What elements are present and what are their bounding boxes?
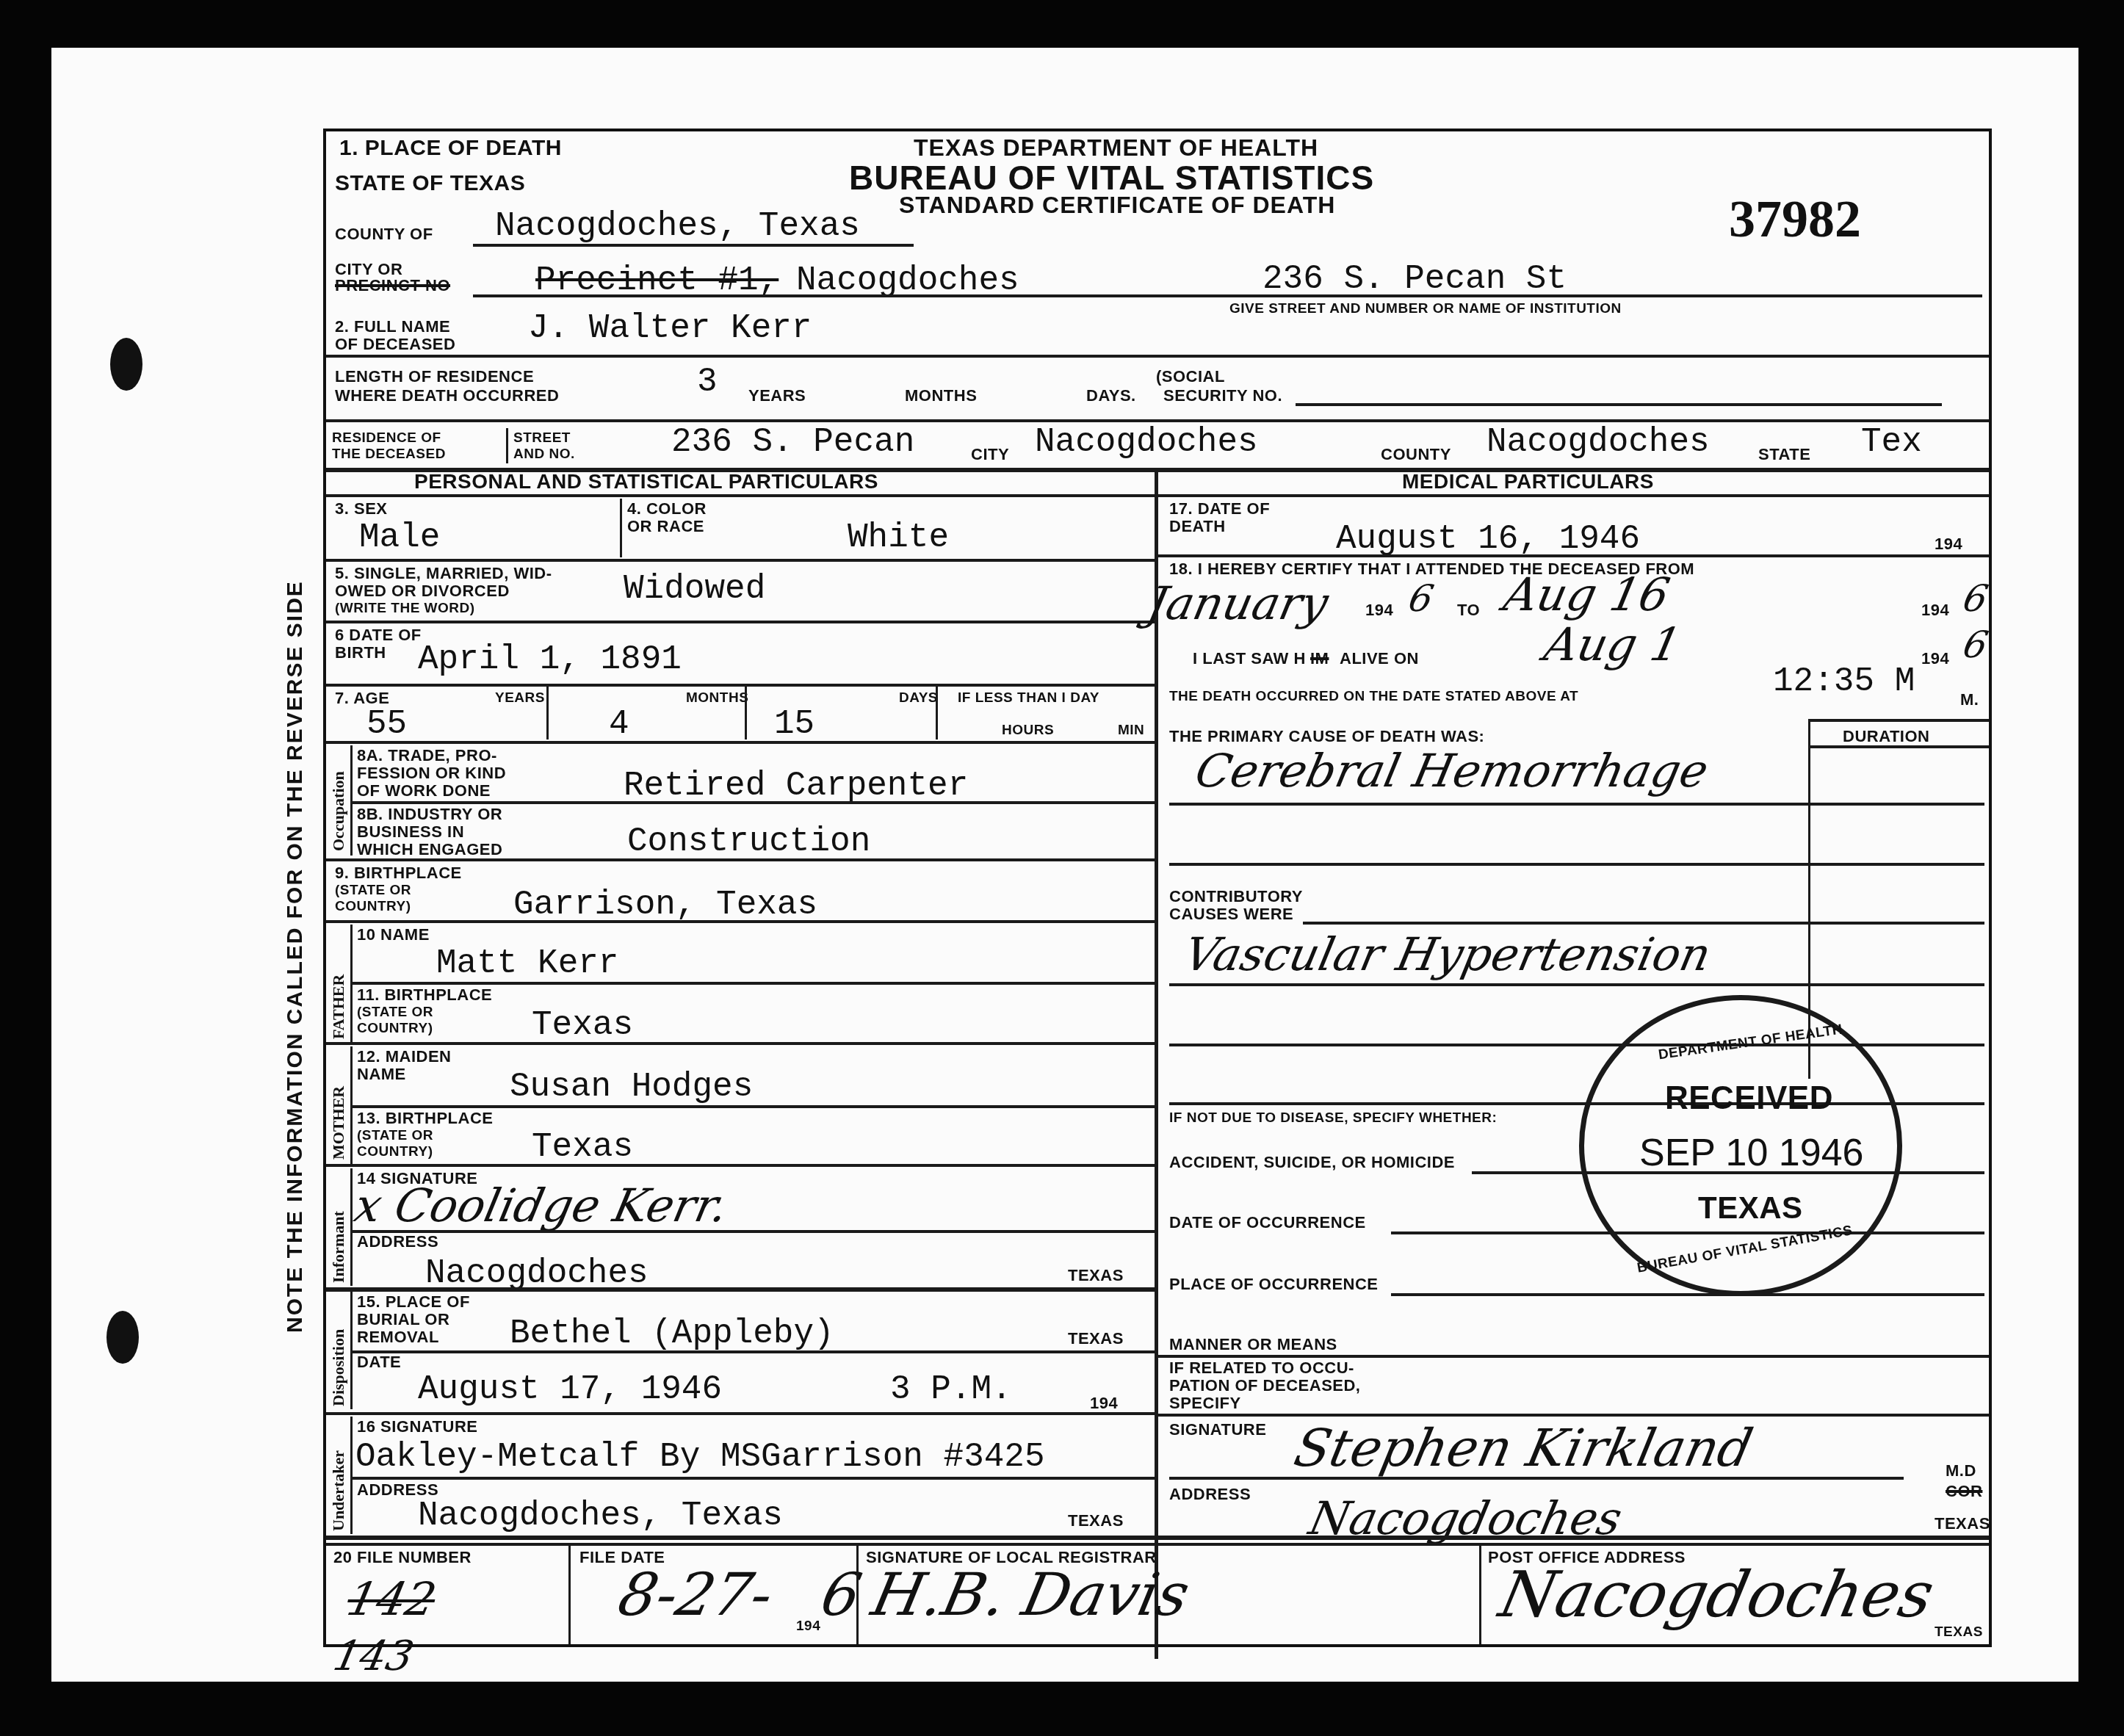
- post-office: Nacogdoches: [1496, 1572, 1937, 1618]
- file-number-corrected: 143: [329, 1634, 417, 1679]
- age-days-label: DAYS: [899, 691, 938, 706]
- dob-label-2: BIRTH: [335, 644, 386, 661]
- contributory-cause: Vascular Hypertension: [1180, 932, 1714, 977]
- physician-texas: TEXAS: [1935, 1515, 1990, 1532]
- from-year-prefix: 194: [1365, 601, 1393, 618]
- burial-texas: TEXAS: [1068, 1330, 1124, 1347]
- burial-time: 3 P.M.: [890, 1372, 1012, 1406]
- undertaker-signature-label: 16 SIGNATURE: [357, 1418, 478, 1435]
- registrar-signature: H.B. Davis: [868, 1572, 1193, 1618]
- rule: [326, 741, 1155, 744]
- divider: [620, 499, 622, 557]
- alive-on-label: ALIVE ON: [1340, 650, 1419, 667]
- father-bp-label-2: (STATE OR: [357, 1005, 433, 1020]
- days-label: DAYS.: [1086, 387, 1136, 404]
- contributory-label-2: CAUSES WERE: [1169, 905, 1293, 922]
- dod-year-prefix: 194: [1935, 535, 1962, 552]
- county-value: Nacogdoches, Texas: [495, 209, 860, 243]
- street-no-label-2: AND NO.: [513, 447, 575, 462]
- duration-label: DURATION: [1843, 728, 1929, 745]
- occupation-group-label: Occupation: [329, 771, 348, 851]
- marital-label-3: (WRITE THE WORD): [335, 601, 475, 616]
- sex-value: Male: [359, 521, 440, 554]
- occupation-related-label: IF RELATED TO OCCU-: [1169, 1359, 1354, 1376]
- dod-label: 17. DATE OF: [1169, 500, 1270, 517]
- marital-label: 5. SINGLE, MARRIED, WID-: [335, 565, 552, 582]
- to-label: TO: [1457, 601, 1480, 618]
- last-saw-year-prefix: 194: [1921, 650, 1949, 667]
- informant-group-label: Informant: [329, 1211, 348, 1283]
- certificate-number: 37982: [1729, 189, 1861, 250]
- rule: [350, 1477, 1155, 1480]
- rule: [1808, 745, 1989, 748]
- residence-length-label: LENGTH OF RESIDENCE: [335, 368, 534, 385]
- sex-label: 3. SEX: [335, 500, 387, 517]
- rule: [326, 1412, 1155, 1415]
- side-note: NOTE THE INFORMATION CALLED FOR ON THE R…: [283, 580, 308, 1333]
- city-value: Nacogdoches: [796, 264, 1019, 297]
- dob-label: 6 DATE OF: [335, 626, 422, 643]
- trade-label-2: FESSION OR KIND: [357, 764, 506, 781]
- residence-label-2: THE DECEASED: [332, 447, 446, 462]
- rule: [350, 1105, 1155, 1108]
- not-disease-label: IF NOT DUE TO DISEASE, SPECIFY WHETHER:: [1169, 1111, 1497, 1126]
- attended-from: January: [1144, 581, 1332, 626]
- deceased-name: J. Walter Kerr: [528, 311, 812, 345]
- rule: [350, 801, 1155, 804]
- rule: [326, 858, 1155, 861]
- place-of-death-label: 1. PLACE OF DEATH: [339, 139, 562, 158]
- occupation-related-label-3: SPECIFY: [1169, 1395, 1241, 1411]
- rule: [1158, 1355, 1989, 1358]
- occupation-related-label-2: PATION OF DECEASED,: [1169, 1377, 1360, 1394]
- years-label: YEARS: [748, 387, 806, 404]
- full-name-label: 2. FULL NAME: [335, 318, 450, 335]
- marital-status: Widowed: [624, 572, 765, 606]
- residence-city: Nacogdoches: [1035, 425, 1258, 459]
- county-label: COUNTY OF: [335, 225, 433, 242]
- to-year-prefix: 194: [1921, 601, 1949, 618]
- group-divider: [350, 1417, 353, 1534]
- burial-label-3: REMOVAL: [357, 1328, 439, 1345]
- ssn-field-line: [1296, 403, 1942, 406]
- rule: [326, 920, 1155, 923]
- physician-signature: Stephen Kirkland: [1290, 1425, 1756, 1471]
- rule: [473, 294, 1982, 297]
- state-label: STATE OF TEXAS: [335, 174, 525, 193]
- father-bp-label-3: COUNTRY): [357, 1021, 433, 1036]
- marital-label-2: OWED OR DIVORCED: [335, 582, 510, 599]
- attended-from-year: 6: [1404, 576, 1437, 621]
- stamp-date: SEP 10 1946: [1639, 1131, 1864, 1175]
- rule: [326, 1287, 1155, 1292]
- death-time-label: THE DEATH OCCURRED ON THE DATE STATED AB…: [1169, 690, 1578, 704]
- residence-state: Tex: [1861, 425, 1922, 459]
- age-less-label: IF LESS THAN I DAY: [958, 691, 1099, 706]
- trade-label-3: OF WORK DONE: [357, 782, 491, 799]
- death-certificate-form: 1. PLACE OF DEATH STATE OF TEXAS TEXAS D…: [323, 129, 1992, 1647]
- cause-line: [1169, 863, 1984, 866]
- rule: [326, 1543, 1989, 1546]
- burial-label: 15. PLACE OF: [357, 1293, 470, 1310]
- age-months: 4: [609, 707, 629, 741]
- accident-label: ACCIDENT, SUICIDE, OR HOMICIDE: [1169, 1154, 1455, 1171]
- age-years-label: YEARS: [495, 691, 545, 706]
- rule: [350, 1230, 1155, 1233]
- signature-line: [1169, 1477, 1904, 1480]
- cor-label: COR: [1946, 1483, 1982, 1500]
- residence-state-label: STATE: [1758, 446, 1810, 463]
- primary-cause: Cerebral Hemorrhage: [1191, 748, 1712, 794]
- stamp-ring-top: DEPARTMENT OF HEALTH: [1658, 1022, 1843, 1063]
- group-divider: [350, 745, 353, 856]
- residence-county: Nacogdoches: [1487, 425, 1710, 459]
- birthplace-value: Garrison, Texas: [513, 888, 817, 922]
- residence-county-label: COUNTY: [1381, 446, 1451, 463]
- rule: [1158, 554, 1989, 557]
- file-date: 8-27-: [615, 1572, 776, 1618]
- cause-line: [1169, 983, 1984, 986]
- trade-value: Retired Carpenter: [624, 769, 968, 803]
- age-months-label: MONTHS: [686, 691, 748, 706]
- file-number-label: 20 FILE NUMBER: [333, 1549, 472, 1566]
- stamp-received: RECEIVED: [1665, 1082, 1833, 1115]
- last-saw-label: I LAST SAW H: [1193, 650, 1306, 667]
- occurrence-date-label: DATE OF OCCURRENCE: [1169, 1214, 1366, 1231]
- father-name: Matt Kerr: [436, 947, 618, 980]
- md-label: M.D: [1946, 1462, 1976, 1479]
- disposition-group-label: Disposition: [329, 1329, 348, 1406]
- dob-value: April 1, 1891: [418, 643, 682, 676]
- stamp-ring-bottom: BUREAU OF VITAL STATISTICS: [1636, 1223, 1854, 1276]
- binder-hole: [106, 1311, 139, 1364]
- physician-address: Nacogdoches: [1305, 1496, 1625, 1541]
- stamp-state: TEXAS: [1698, 1193, 1803, 1223]
- mother-bp-label-3: COUNTRY): [357, 1145, 433, 1160]
- post-office-texas: TEXAS: [1935, 1625, 1983, 1640]
- age-days: 15: [774, 707, 814, 741]
- divider: [856, 1546, 859, 1644]
- father-group-label: FATHER: [329, 974, 348, 1039]
- divider: [568, 1546, 571, 1644]
- age-min-label: MIN: [1118, 723, 1144, 738]
- primary-cause-label: THE PRIMARY CAUSE OF DEATH WAS:: [1169, 728, 1484, 745]
- rule: [326, 419, 1989, 422]
- age-years: 55: [366, 707, 407, 741]
- full-name-label-2: OF DECEASED: [335, 336, 455, 352]
- last-saw-date: Aug 1: [1540, 622, 1685, 668]
- last-saw-year: 6: [1959, 622, 1992, 668]
- file-number-struck: 142: [343, 1577, 440, 1622]
- rule: [326, 355, 1989, 358]
- mother-birthplace: Texas: [532, 1130, 633, 1164]
- father-name-label: 10 NAME: [357, 926, 430, 943]
- street-caption: GIVE STREET AND NUMBER OR NAME OF INSTIT…: [1229, 302, 1622, 317]
- trade-label: 8A. TRADE, PRO-: [357, 747, 497, 764]
- rule: [326, 621, 1155, 623]
- informant-address-label: ADDRESS: [357, 1233, 438, 1250]
- burial-date: August 17, 1946: [418, 1372, 722, 1406]
- occurrence-place-label: PLACE OF OCCURRENCE: [1169, 1276, 1379, 1292]
- rule: [473, 244, 914, 247]
- industry-value: Construction: [627, 825, 870, 858]
- rule: [1158, 1414, 1989, 1417]
- cause-line: [1169, 803, 1984, 806]
- father-birthplace: Texas: [532, 1008, 633, 1042]
- last-saw-struck: im: [1310, 650, 1329, 667]
- mother-bp-label: 13. BIRTHPLACE: [357, 1110, 493, 1126]
- mother-bp-label-2: (STATE OR: [357, 1129, 433, 1143]
- mother-name-label-2: NAME: [357, 1066, 406, 1082]
- rule: [326, 1536, 1989, 1540]
- father-bp-label: 11. BIRTHPLACE: [357, 986, 492, 1003]
- precinct-label: PRECINCT NO: [335, 277, 450, 294]
- death-time: 12:35 M: [1773, 665, 1915, 698]
- ssn-label-2: SECURITY NO.: [1163, 387, 1282, 404]
- manner-label: MANNER OR MEANS: [1169, 1336, 1337, 1353]
- birthplace-label-2: (STATE OR: [335, 883, 411, 898]
- divider: [506, 428, 508, 463]
- column-divider: [1155, 468, 1158, 1659]
- street-value: 236 S. Pecan St: [1263, 262, 1567, 296]
- age-hours-label: HOURS: [1002, 723, 1054, 738]
- street-no-label: STREET: [513, 431, 571, 446]
- rule: [326, 1164, 1155, 1167]
- rule: [1808, 719, 1989, 722]
- date-of-death: August 16, 1946: [1336, 522, 1640, 556]
- residence-length-label-2: WHERE DEATH OCCURRED: [335, 387, 559, 404]
- attended-to: Aug 16: [1500, 572, 1673, 618]
- undertaker-signature: Oakley-Metcalf By MSGarrison #3425: [355, 1440, 1045, 1474]
- form-title: STANDARD CERTIFICATE OF DEATH: [899, 192, 1335, 219]
- contributory-label: CONTRIBUTORY: [1169, 888, 1303, 905]
- residence-years: 3: [697, 365, 718, 399]
- undertaker-texas: TEXAS: [1068, 1512, 1124, 1529]
- burial-date-label: DATE: [357, 1353, 401, 1370]
- signature-label: SIGNATURE: [1169, 1421, 1266, 1438]
- industry-label-2: BUSINESS IN: [357, 823, 464, 840]
- industry-label: 8B. INDUSTRY OR: [357, 806, 502, 822]
- race-label: 4. COLOR: [627, 500, 707, 517]
- attended-to-year: 6: [1959, 576, 1992, 621]
- received-stamp: DEPARTMENT OF HEALTH RECEIVED SEP 10 194…: [1579, 995, 1902, 1296]
- divider: [745, 687, 747, 739]
- undertaker-group-label: Undertaker: [329, 1450, 348, 1531]
- informant-texas: TEXAS: [1068, 1267, 1124, 1284]
- mother-name-label: 12. MAIDEN: [357, 1048, 451, 1065]
- age-label: 7. AGE: [335, 690, 389, 706]
- burial-year-prefix: 194: [1090, 1395, 1118, 1411]
- medical-section-header: MEDICAL PARTICULARS: [1402, 472, 1654, 491]
- death-time-suffix: M.: [1960, 691, 1979, 708]
- residence-street: 236 S. Pecan: [671, 425, 914, 459]
- mother-group-label: MOTHER: [329, 1086, 348, 1160]
- personal-section-header: PERSONAL AND STATISTICAL PARTICULARS: [414, 472, 878, 491]
- city-label: CITY OR: [335, 261, 402, 278]
- rule: [350, 1350, 1155, 1353]
- divider: [936, 687, 938, 739]
- cause-line: [1303, 922, 1984, 925]
- race-label-2: OR RACE: [627, 518, 704, 535]
- rule: [350, 982, 1155, 985]
- burial-place: Bethel (Appleby): [510, 1317, 834, 1350]
- divider: [1479, 1546, 1481, 1644]
- birthplace-label: 9. BIRTHPLACE: [335, 864, 462, 881]
- months-label: MONTHS: [905, 387, 977, 404]
- rule: [326, 559, 1155, 562]
- undertaker-address-label: ADDRESS: [357, 1481, 438, 1498]
- informant-signature: x Coolidge Kerr.: [350, 1183, 732, 1229]
- city-value-struck: Precinct #1,: [535, 264, 779, 297]
- dod-label-2: DEATH: [1169, 518, 1226, 535]
- informant-address: Nacogdoches: [425, 1256, 649, 1290]
- residence-city-label: CITY: [971, 446, 1009, 463]
- birthplace-label-3: COUNTRY): [335, 900, 411, 914]
- rule: [326, 1042, 1155, 1045]
- industry-label-3: WHICH ENGAGED: [357, 841, 502, 858]
- field-line: [1391, 1293, 1984, 1296]
- residence-label: RESIDENCE OF: [332, 431, 441, 446]
- physician-address-label: ADDRESS: [1169, 1486, 1251, 1502]
- binder-hole: [110, 338, 142, 391]
- race-value: White: [848, 521, 949, 554]
- divider: [546, 687, 549, 739]
- burial-label-2: BURIAL OR: [357, 1311, 449, 1328]
- ssn-label: (SOCIAL: [1156, 368, 1225, 385]
- undertaker-address: Nacogdoches, Texas: [418, 1499, 783, 1533]
- rule: [326, 684, 1155, 687]
- mother-name: Susan Hodges: [510, 1070, 753, 1104]
